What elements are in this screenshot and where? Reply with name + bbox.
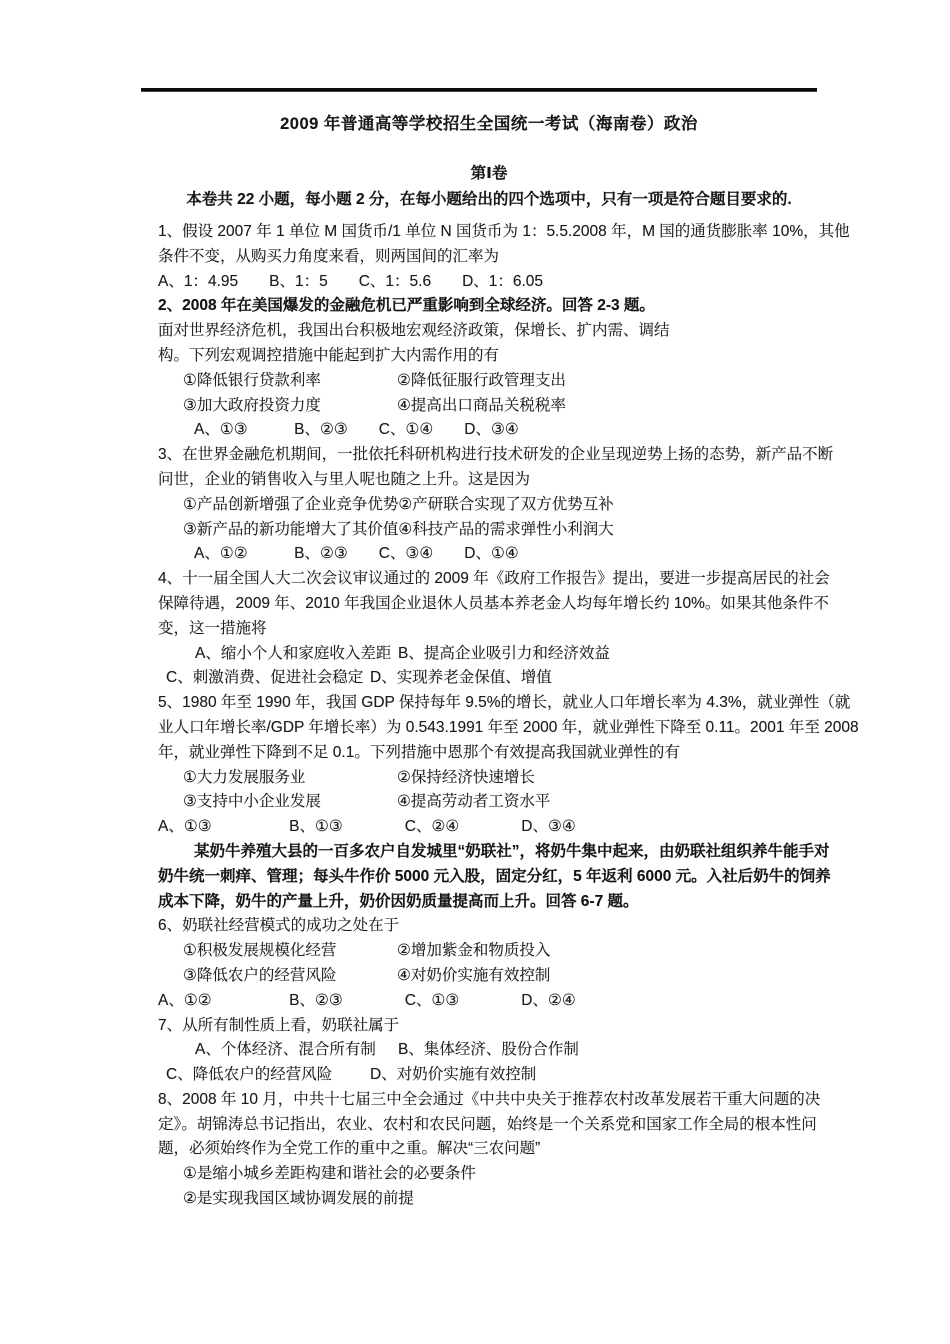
answer-choices-line: A、①③ B、①③ C、②④ D、③④ — [158, 815, 820, 840]
option-left: C、降低农户的经营风险 — [166, 1063, 370, 1088]
question-text-line: 业人口年增长率/GDP 年增长率）为 0.543.1991 年至 2000 年，… — [158, 716, 820, 741]
option-left: A、缩小个人和家庭收入差距 — [195, 642, 398, 667]
option-left: ①积极发展规模化经营 — [183, 939, 397, 964]
question-text-line: 变，这一措施将 — [158, 617, 820, 642]
exam-paper: 2009 年普通高等学校招生全国统一考试（海南卷）政治 第Ⅰ卷 本卷共 22 小… — [158, 112, 820, 1212]
option-pair-line: ①大力发展服务业②保持经济快速增长 — [158, 766, 820, 791]
option-single-line: ①是缩小城乡差距构建和谐社会的必要条件 — [158, 1162, 820, 1187]
option-right: ②产研联合实现了双方优势互补 — [398, 496, 613, 513]
option-right: ④科技产品的需求弹性小利润大 — [398, 521, 613, 538]
option-pair-line: ①降低银行贷款利率②降低征服行政管理支出 — [158, 369, 820, 394]
question-text-line: 3、在世界金融危机期间，一批依托科研机构进行技术研发的企业呈现逆势上扬的态势，新… — [158, 443, 820, 468]
question-text-line: 条件不变，从购买力角度来看，则两国间的汇率为 — [158, 245, 820, 270]
option-left: ③加大政府投资力度 — [183, 394, 397, 419]
question-bold-line: 某奶牛养殖大县的一百多农户自发城里“奶联社”，将奶牛集中起来，由奶联社组织养牛能… — [158, 840, 820, 865]
option-left: ③支持中小企业发展 — [183, 790, 397, 815]
option-pair-line: ③加大政府投资力度④提高出口商品关税税率 — [158, 394, 820, 419]
option-right: ②降低征服行政管理支出 — [397, 372, 566, 389]
question-bold-line: 奶牛统一刺痒、管理；每头牛作价 5000 元入股，固定分红，5 年返利 6000… — [158, 865, 820, 890]
question-text-line: 年，就业弹性下降到不足 0.1。下列措施中恩那个有效提高我国就业弹性的有 — [158, 741, 820, 766]
question-lines: 1、假设 2007 年 1 单位 M 国货币/1 单位 N 国货币为 1：5.5… — [158, 220, 820, 1212]
question-text-line: 题，必须始终作为全党工作的重中之重。解决“三农问题” — [158, 1137, 820, 1162]
question-text-line: 8、2008 年 10 月，中共十七届三中全会通过《中共中央关于推荐农村改革发展… — [158, 1088, 820, 1113]
option-left: A、个体经济、混合所有制 — [195, 1038, 398, 1063]
question-bold-line: 成本下降，奶牛的产量上升，奶价因奶质量提高而上升。回答 6-7 题。 — [158, 890, 820, 915]
option-left: ①产品创新增强了企业竞争优势 — [183, 493, 398, 518]
option-right: D、实现养老金保值、增值 — [370, 669, 552, 686]
option-right: ②增加紫金和物质投入 — [397, 942, 550, 959]
option-right: ②保持经济快速增长 — [397, 769, 535, 786]
option-left: C、刺激消费、促进社会稳定 — [166, 666, 370, 691]
option-right: B、集体经济、股份合作制 — [398, 1041, 579, 1058]
option-pair-line: ③新产品的新功能增大了其价值④科技产品的需求弹性小利润大 — [158, 518, 820, 543]
option-right: B、提高企业吸引力和经济效益 — [398, 645, 610, 662]
answer-choices-line: A、①② B、②③ C、①③ D、②④ — [158, 989, 820, 1014]
question-text-line: 7、从所有制性质上看，奶联社属于 — [158, 1014, 820, 1039]
section-heading: 第Ⅰ卷 — [158, 162, 820, 186]
option-left: ①降低银行贷款利率 — [183, 369, 397, 394]
question-text-line: 定》。胡锦涛总书记指出，农业、农村和农民问题，始终是一个关系党和国家工作全局的根… — [158, 1113, 820, 1138]
instructions-line: 本卷共 22 小题，每小题 2 分，在每小题给出的四个选项中，只有一项是符合题目… — [158, 188, 820, 212]
question-bold-line: 2、2008 年在美国爆发的金融危机已严重影响到全球经济。回答 2-3 题。 — [158, 294, 820, 319]
option-pair-line: ①积极发展规模化经营②增加紫金和物质投入 — [158, 939, 820, 964]
option-pair-line: ③降低农户的经营风险④对奶价实施有效控制 — [158, 964, 820, 989]
option-left: ①大力发展服务业 — [183, 766, 397, 791]
answer-choices-line: A、1：4.95 B、1：5 C、1：5.6 D、1：6.05 — [158, 270, 820, 295]
option-single-line: ②是实现我国区域协调发展的前提 — [158, 1187, 820, 1212]
scanned-exam-page: { "page": { "background": "#ffffff", "in… — [0, 0, 950, 1344]
question-text-line: 保障待遇，2009 年、2010 年我国企业退休人员基本养老金人均每年增长约 1… — [158, 592, 820, 617]
option-pair-line: ③支持中小企业发展④提高劳动者工资水平 — [158, 790, 820, 815]
option-left: ③降低农户的经营风险 — [183, 964, 397, 989]
option-pair-line: ①产品创新增强了企业竞争优势②产研联合实现了双方优势互补 — [158, 493, 820, 518]
question-text-line: 5、1980 年至 1990 年，我国 GDP 保持每年 9.5%的增长，就业人… — [158, 691, 820, 716]
paper-title: 2009 年普通高等学校招生全国统一考试（海南卷）政治 — [158, 112, 820, 136]
option-right: ④提高劳动者工资水平 — [397, 793, 550, 810]
question-text-line: 构。下列宏观调控措施中能起到扩大内需作用的有 — [158, 344, 820, 369]
choice-pair-line: C、降低农户的经营风险D、对奶价实施有效控制 — [158, 1063, 820, 1088]
option-right: ④对奶价实施有效控制 — [397, 967, 550, 984]
question-text-line: 6、奶联社经营模式的成功之处在于 — [158, 914, 820, 939]
question-text-line: 问世，企业的销售收入与里人呢也随之上升。这是因为 — [158, 468, 820, 493]
choice-pair-line: A、个体经济、混合所有制B、集体经济、股份合作制 — [158, 1038, 820, 1063]
answer-choices-line: A、①② B、②③ C、③④ D、①④ — [158, 542, 820, 567]
question-text-line: 4、十一届全国人大二次会议审议通过的 2009 年《政府工作报告》提出，要进一步… — [158, 567, 820, 592]
page-top-rule — [141, 88, 817, 92]
answer-choices-line: A、①③ B、②③ C、①④ D、③④ — [158, 418, 820, 443]
question-text-line: 面对世界经济危机，我国出台积极地宏观经济政策，保增长、扩内需、调结 — [158, 319, 820, 344]
question-text-line: 1、假设 2007 年 1 单位 M 国货币/1 单位 N 国货币为 1：5.5… — [158, 220, 820, 245]
choice-pair-line: A、缩小个人和家庭收入差距B、提高企业吸引力和经济效益 — [158, 642, 820, 667]
option-right: D、对奶价实施有效控制 — [370, 1066, 536, 1083]
option-left: ③新产品的新功能增大了其价值 — [183, 518, 398, 543]
option-right: ④提高出口商品关税税率 — [397, 397, 566, 414]
choice-pair-line: C、刺激消费、促进社会稳定D、实现养老金保值、增值 — [158, 666, 820, 691]
